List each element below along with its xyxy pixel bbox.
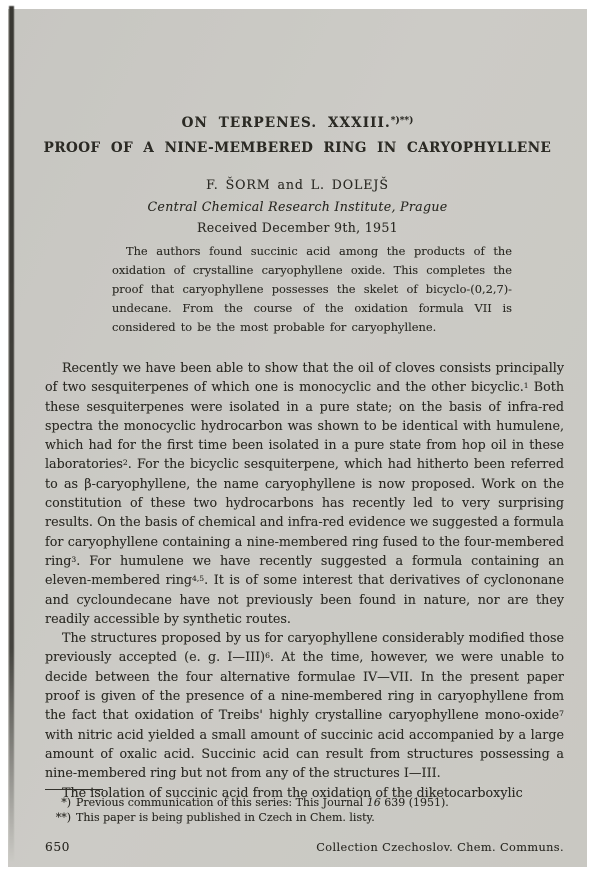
body-paragraph: The structures proposed by us for caryop… <box>45 628 564 782</box>
footnote-item: *) Previous communication of this series… <box>45 795 564 810</box>
authors-line: F. ŠORM and L. DOLEJŠ <box>8 177 587 192</box>
footnote-rule <box>45 789 103 790</box>
journal-name: Collection Czechoslov. Chem. Communs. <box>316 841 564 854</box>
article-header: ON TERPENES. XXXIII.*)**) PROOF OF A NIN… <box>8 115 587 235</box>
footnote-text: This paper is being published in Czech i… <box>76 810 564 825</box>
series-title: ON TERPENES. XXXIII.*)**) <box>8 115 587 131</box>
footnotes-block: *) Previous communication of this series… <box>45 789 564 825</box>
title-footnote-markers: *)**) <box>391 116 414 126</box>
journal-page: ON TERPENES. XXXIII.*)**) PROOF OF A NIN… <box>8 9 587 867</box>
footnote-text: Previous communication of this series: T… <box>76 795 564 810</box>
page-footer: 650 Collection Czechoslov. Chem. Communs… <box>45 840 564 854</box>
footnote-marker: **) <box>45 810 71 825</box>
received-line: Received December 9th, 1951 <box>8 220 587 235</box>
body-paragraph: Recently we have been able to show that … <box>45 358 564 628</box>
article-title: PROOF OF A NINE-MEMBERED RING IN CARYOPH… <box>8 140 587 156</box>
abstract-text: The authors found succinic acid among th… <box>112 242 512 337</box>
scan-backdrop: ON TERPENES. XXXIII.*)**) PROOF OF A NIN… <box>0 0 600 885</box>
article-body: Recently we have been able to show that … <box>45 358 564 802</box>
affiliation-line: Central Chemical Research Institute, Pra… <box>8 199 587 214</box>
footnote-marker: *) <box>45 795 71 810</box>
page-number: 650 <box>45 840 70 854</box>
series-title-text: ON TERPENES. XXXIII. <box>182 115 391 131</box>
footnote-item: **) This paper is being published in Cze… <box>45 810 564 825</box>
abstract-block: The authors found succinic acid among th… <box>112 242 512 337</box>
